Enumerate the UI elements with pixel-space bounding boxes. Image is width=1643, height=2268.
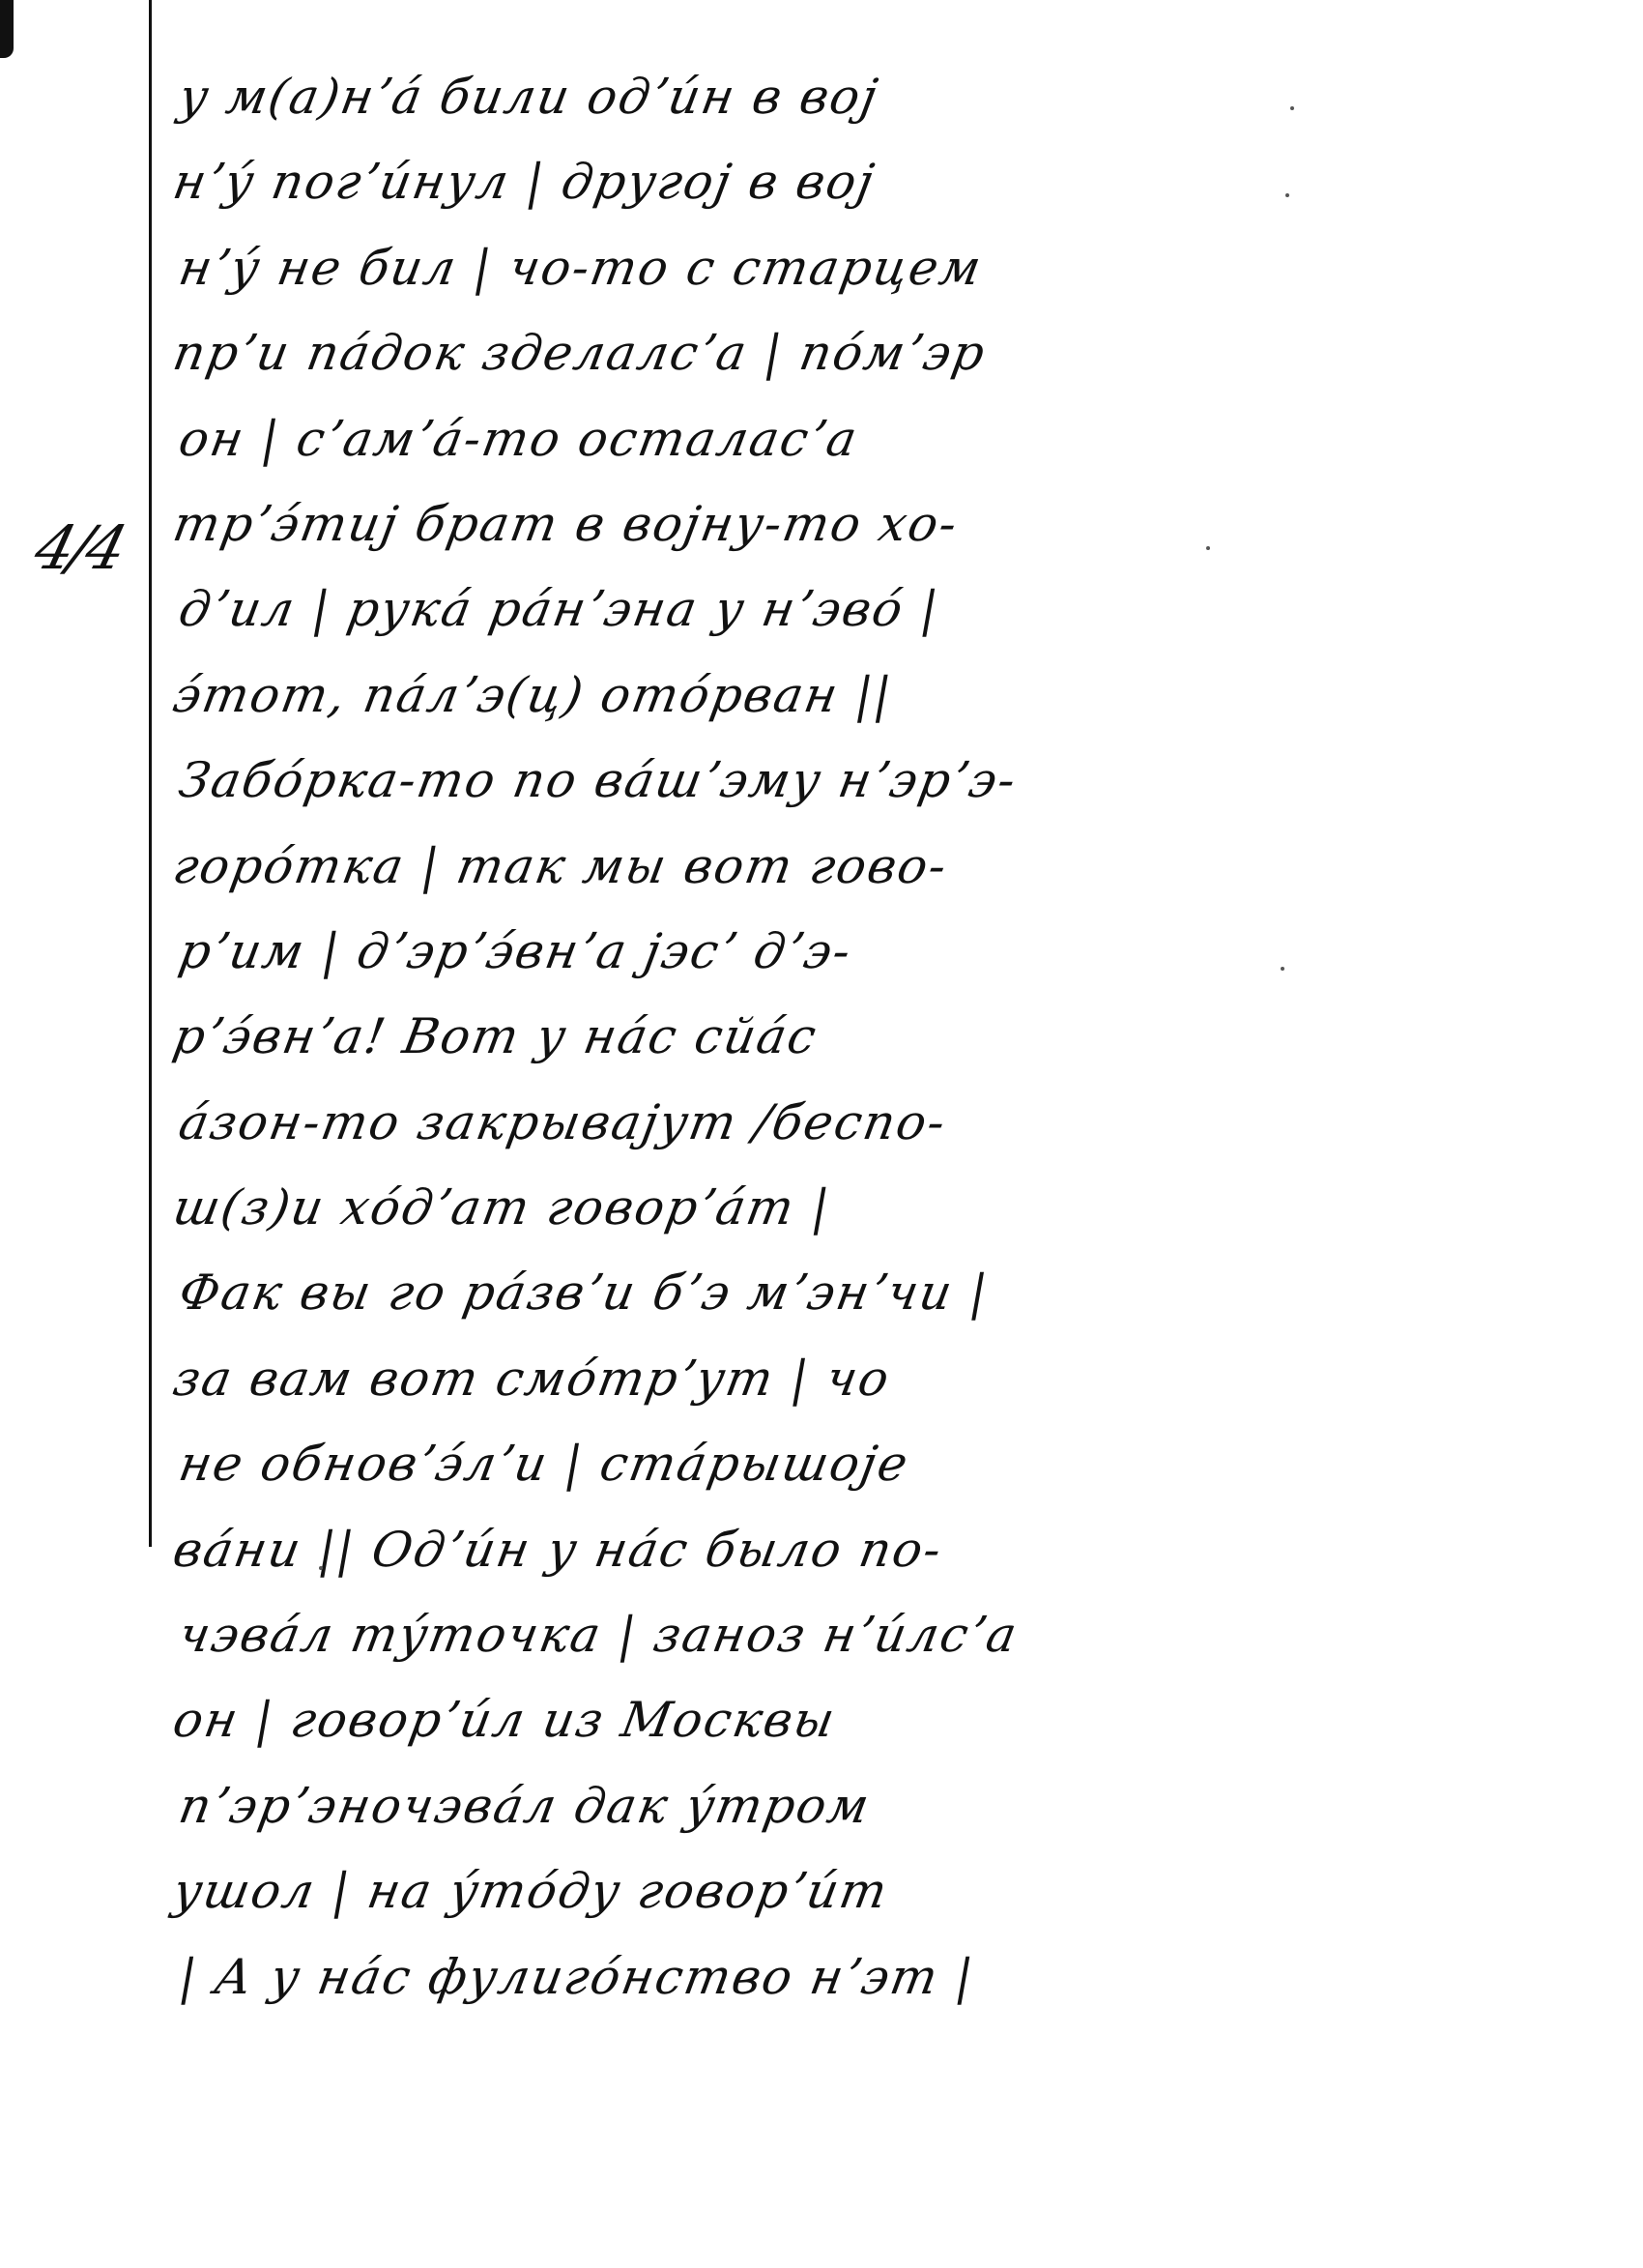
text-line: прʼи па́док зделалсʼа | по́мʼэр — [169, 324, 1301, 382]
text-line: у м(а)нʼа́ били одʼи́н в вој — [169, 68, 1301, 126]
text-line: он | говорʼи́л из Москвы — [169, 1691, 1301, 1749]
text-line: за вам вот смо́трʼут | чо — [169, 1350, 1301, 1408]
text-line: э́тот, па́лʼэ(ц) ото́рван || — [169, 666, 1301, 724]
text-line: трʼэ́тиј брат в војну-то хо- — [169, 495, 1301, 553]
text-line: ш(з)и хо́дʼат говорʼа́т | — [169, 1178, 1301, 1236]
text-line: дʼил | рука́ ра́нʼэна у нʼэво́ | — [169, 580, 1301, 638]
scan-speck — [319, 1566, 323, 1570]
scanned-page: 4/4 у м(а)нʼа́ били одʼи́н в вој нʼу́ по… — [0, 0, 1643, 2268]
text-line: | А у на́с фулиго́нство нʼэт | — [169, 1948, 1301, 2006]
text-line: ва́ни || Одʼи́н у на́с было по- — [169, 1521, 1301, 1579]
text-line: ушол | на у́то́ду говорʼи́т — [169, 1862, 1301, 1920]
margin-annotation: 4/4 — [28, 512, 130, 583]
text-line: рʼэ́внʼа! Вот у на́с сйа́с — [169, 1007, 1301, 1065]
text-line: Фак вы го ра́звʼи бʼэ мʼэнʼчи | — [169, 1264, 1301, 1322]
text-line: а́зон-то закрываjут /беспо- — [169, 1093, 1301, 1151]
text-line: нʼу́ не бил | чо-то с старцем — [169, 239, 1301, 297]
margin-rule — [149, 0, 152, 1547]
text-line: пʼэрʼэночэва́л дак у́тром — [169, 1777, 1301, 1835]
text-line: не обновʼэ́лʼи | ста́рышоје — [169, 1435, 1301, 1493]
text-line: чэва́л ту́точка | заноз нʼи́лсʼа — [169, 1606, 1301, 1664]
transcription-text: у м(а)нʼа́ били одʼи́н в вој нʼу́ погʼи́… — [174, 68, 1295, 2033]
text-line: горо́тка | так мы вот гово- — [169, 837, 1301, 895]
scan-speck — [1281, 967, 1284, 971]
scan-corner-artifact — [0, 0, 14, 58]
text-line: рʼим | дʼэрʼэ́внʼа јэсʼ дʼэ- — [169, 922, 1301, 980]
text-line: Забо́рка-то по ва́шʼэму нʼэрʼэ- — [169, 751, 1301, 809]
scan-speck — [1206, 546, 1210, 550]
scan-speck — [1285, 193, 1289, 197]
text-line: нʼу́ погʼи́нул | другој в воj — [169, 153, 1301, 211]
scan-speck — [1290, 106, 1294, 110]
text-line: он | сʼамʼа́-то осталасʼа — [169, 410, 1301, 468]
